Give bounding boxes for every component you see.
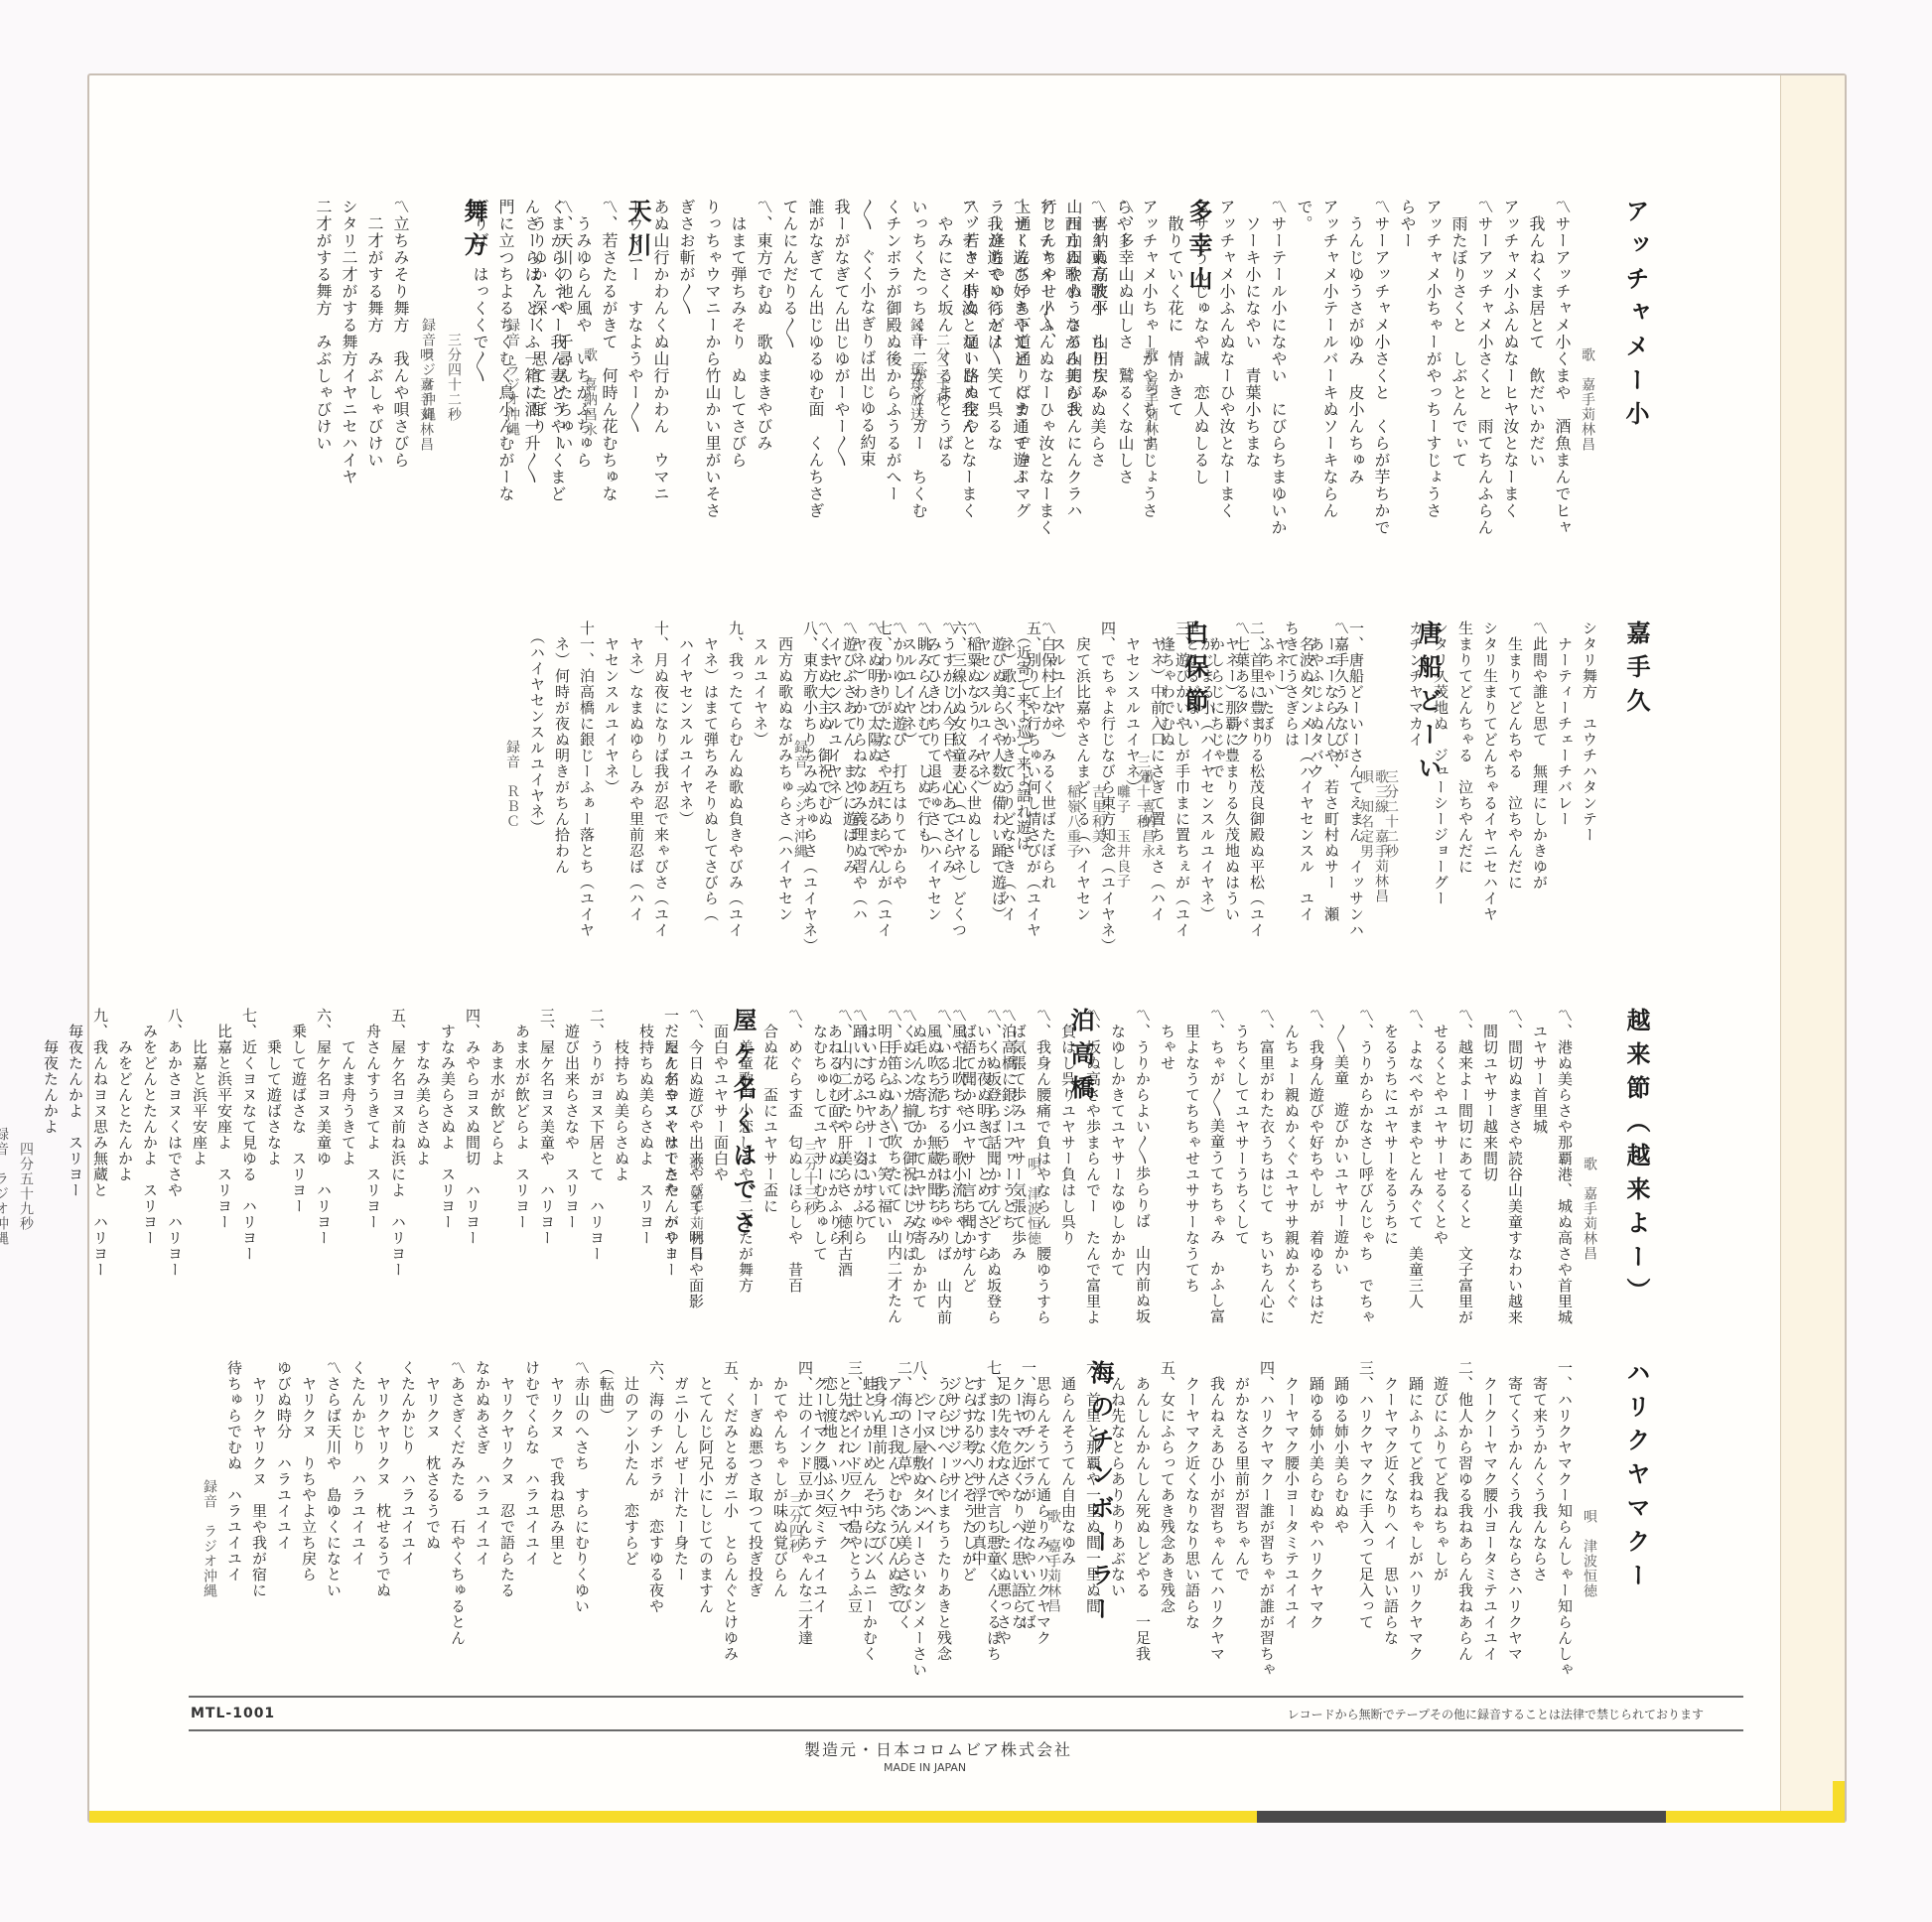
- song-title: 天川: [624, 199, 650, 606]
- lyric-line: 四、ハリクヤマクー誰が習ちゃが誰が習ちゃ: [1254, 1360, 1279, 1678]
- lyric-line: 〽さらば天川や 島ゆくになとい: [321, 1360, 345, 1678]
- lyric-line: 踊ゆる姉小美らむぬや: [1328, 1360, 1353, 1678]
- song-block: 屋ケ名くはでさ 歌 嘉手苅林昌一、屋ケ名ヨヌくはでさや ハリヨー 枝持ちぬ美らさ…: [0, 1008, 755, 1350]
- lyric-line: いちが夜ぬ明きて とめてさすら: [971, 1008, 996, 1350]
- catalog-number: MTL-1001: [191, 1706, 275, 1721]
- lyric-line: やみにさく坂ん くるまとうばる: [931, 199, 957, 606]
- lyric-line: ラー逢ちやゆらど〱: [983, 199, 1009, 606]
- lyric-line: ヤセンスルユイヤネ）: [599, 620, 623, 998]
- song-title: 唐船どーい: [1415, 620, 1440, 998]
- lyric-line: ヤネ）はまて弾ちみそりぬしてさびら（: [698, 620, 723, 998]
- song-title: 嘉手久: [1623, 620, 1648, 998]
- lyric-line: うんじゆうさがゆみ 皮小んちゅみ: [1342, 199, 1368, 606]
- lyric-line: 生まりてどんちやる 泣ちやんだに: [1502, 620, 1527, 998]
- lyric-line: くたんかじり ハラユイユイ: [395, 1360, 420, 1678]
- lyric-line: 踊ゆる姉小美らむぬやハリクヤマク: [1304, 1360, 1328, 1678]
- lyric-line: 寄て来うかんくう我んならさ: [1527, 1360, 1552, 1678]
- lyric-line: はまて弾ちみそり ぬしてさびら: [725, 199, 751, 606]
- lyric-line: アッチャメ小ふんぬなーひや汝となーまく: [1213, 199, 1239, 606]
- song-block: 天川 歌 喜納昌永〽、天川の池や 千尋んたちゅい うりゆかん深く 思てたぼり 録…: [499, 199, 650, 606]
- lyric-line: てんにんだりる〱: [776, 199, 802, 606]
- lyric-line: 九、我ったてらむんぬ歌ぬ負きやびみ（ユイ: [723, 620, 748, 998]
- song-credit: 稲嶺八重子: [1060, 620, 1085, 998]
- lyric-line: 明日からぬあさて 笑い福い: [872, 1008, 897, 1350]
- copyright-notice: レコードから無断でテープその他に録音することは法律で禁じられております: [1288, 1706, 1704, 1722]
- lyric-line: 名波ぬタンメー（ハイヤセンスル ユイ: [1294, 620, 1318, 998]
- lyric-line: 里よなうてちちゃせユササーなうてち: [1179, 1008, 1204, 1350]
- lyric-line: 一、海のチンボラが 逆なやい立てば: [1016, 1360, 1040, 1678]
- lyric-line: ゆびぬ時分 ハラユイユイ: [271, 1360, 296, 1678]
- lyric-line: 二才がする舞方 みぶしゃびけい: [310, 199, 336, 606]
- lyric-line: 踊にふりてど我ねちゃしがハリクヤマク: [1403, 1360, 1428, 1678]
- lyric-line: 五、くだみとるガニ小 とらんぐとけゆみ: [718, 1360, 743, 1678]
- lyric-line: せるくとやユヤサーせるくとや: [1428, 1008, 1452, 1350]
- song-title: 屋ケ名くはでさ: [730, 1008, 755, 1350]
- lyric-line: 枝持ちぬ美らさぬよ スリヨー: [633, 1008, 658, 1350]
- lyric-line: んちょー親ぬかくぐユヤササ親ぬかくぐ: [1279, 1008, 1304, 1350]
- recording-credit: 録音 ラジオ沖縄: [0, 1008, 13, 1350]
- lyric-line: ヤネー）: [1269, 620, 1294, 998]
- sleeve-yellow-corner: [1833, 1781, 1845, 1821]
- lyric-line: ヤリクヤリクヌ 枕せるうでぬ: [370, 1360, 395, 1678]
- lyric-line: すばなりなりサ浮世の真中: [966, 1360, 991, 1678]
- lyric-line: ナーティーチェーチバレー: [1552, 620, 1577, 998]
- song-block: 泊高橋 唄 津波恒徳〽泊高橋に銀ジーフヮーうとち いちが夜ぬ明きて とめてさすら…: [797, 1008, 1092, 1350]
- lyric-line: ヤネー）那覇に豊まりる久茂地ぬはうい: [1219, 620, 1244, 998]
- lyric-line: クーヤマク近くなりなり思い語らな: [1179, 1360, 1204, 1678]
- lyrics-row-4: ハリクヤマクー 唄 津波恒徳一、ハリクヤマクー知らんしゃー知らんしゃ 寄て来うか…: [129, 1360, 1678, 1678]
- lyric-line: 〽、うりからかなさし呼びんじゃち でちゃ: [1353, 1008, 1378, 1350]
- lyric-line: 足の先々危なさや したくぬ悪っさや: [991, 1360, 1016, 1678]
- lyrics-row-3: 越来節（越来よー） 歌 嘉手苅林昌〽、港ぬ美らさや那覇港、城ぬ高さや首里城 ユヤ…: [129, 1008, 1678, 1350]
- lyric-line: ーエーならんしや、若さ町村ぬサー 瀬: [1318, 620, 1343, 998]
- song-credit: 歌 嘉手苅林昌: [1577, 1008, 1601, 1350]
- lyric-line: 枝持ちぬ美らさぬよ: [609, 1008, 633, 1350]
- lyric-line: みをどんとたんかよ スリヨー: [137, 1008, 162, 1350]
- lyric-line: （ハイヤセンスルユイヤネ）: [524, 620, 549, 998]
- lyric-line: ソーキ小になやい 青葉小ちまな: [1239, 199, 1265, 606]
- song-credit: 唄 嘉手苅林昌: [413, 199, 439, 606]
- lyric-line: 生まりてどんちゃる 泣ちやんだに: [1452, 620, 1477, 998]
- song-title: 白保節: [1181, 620, 1206, 998]
- lyric-line: くたんかじり ハラユイユイ: [345, 1360, 370, 1678]
- lyric-line: 比嘉と浜平安座よ スリヨー: [211, 1008, 236, 1350]
- lyric-line: 〽立ちみそり舞方 我んや唄さびら: [387, 199, 413, 606]
- lyric-line: 三、ハリクヤマクに手入って足入って: [1353, 1360, 1378, 1678]
- lyric-line: 〽、若さ一時ぬ 通い路ぬ空や: [957, 199, 983, 606]
- manufacturer: 製造元・日本コロムビア株式会社: [804, 1737, 1072, 1760]
- lyric-line: すなみ美らさぬよ: [410, 1008, 435, 1350]
- lyric-line: をるうちにユヤサーをるうちに: [1378, 1008, 1403, 1350]
- song-credit: 歌 嘉手苅林昌: [1575, 199, 1600, 606]
- lyric-line: 〽くぬシンカ揃て 御祝はじみりば: [897, 1008, 921, 1350]
- lyric-line: アッチャメ小ふんぬなーヒヤ汝となーまく: [1497, 199, 1523, 606]
- lyric-line: 〽此間や誰と思て 無理にしかきゆが: [1527, 620, 1552, 998]
- lyric-line: 二、海のさし草や あん美らさなびく: [892, 1360, 916, 1678]
- lyric-line: みをどんとたんかよ: [112, 1008, 137, 1350]
- lyric-line: 〽稲粟ぬなうり みるく世ぬしるし: [961, 620, 986, 998]
- recording-credit: 録音 ラジオ沖縄: [787, 620, 812, 998]
- lyric-line: 〽かりゆしぬ遊び 打ちはりてからや: [887, 620, 911, 998]
- lyric-line: 一、屋ケ名ヨヌくはでさや ハリヨー: [658, 1008, 683, 1350]
- song-title: 多幸山: [1185, 199, 1211, 606]
- lyric-line: 遊びぬ美らさや人数ぬ備わい踊て遊ば）: [986, 620, 1011, 998]
- lyric-line: 舟さんすうきてよ スリヨー: [360, 1008, 385, 1350]
- lyric-line: 遊び出来らさなや スリヨー: [559, 1008, 584, 1350]
- lyric-line: 〽、よなべやがまやとんみぐて 美童三人: [1403, 1008, 1428, 1350]
- lyric-line: 〽、越来よー間切にあてるくと 文子富里が: [1452, 1008, 1477, 1350]
- lyric-line: 〽、間切ぬまぎさや読谷山美童すなわい越来: [1502, 1008, 1527, 1350]
- lyric-line: ユヤサー首里城: [1527, 1008, 1552, 1350]
- lyric-line: うちくしてユヤサーうちくして: [1229, 1008, 1254, 1350]
- lyric-line: 三、屋ケ名ヨヌ美童や ハリヨー: [534, 1008, 559, 1350]
- sleeve-opening-edge: [1780, 75, 1845, 1821]
- lyric-line: 毎夜たんかよ スリヨー: [63, 1008, 87, 1350]
- lyric-line: ヤリクヌ りちやよ立ち戻ら: [296, 1360, 321, 1678]
- lyric-line: 〽、我身ん遊びや好ちやしが 着ゆるちはだ: [1304, 1008, 1328, 1350]
- lyric-line: 〽あさぎくだみたる 石やくちゅるとん: [445, 1360, 470, 1678]
- lyric-line: 二、首里に豊まりる松茂良御殿ぬ平松（ユイ: [1244, 620, 1269, 998]
- lyric-line: 雨たぼりさくと しぶとんでぃて: [1446, 199, 1471, 606]
- song-credit: 吉里和美: [1085, 620, 1110, 998]
- lyric-line: ヤリクヌ で我ね思み里と: [544, 1360, 569, 1678]
- song-block: 舞方 唄 嘉手苅林昌〽立ちみそり舞方 我んや唄さびら 二才がする舞方 みぶしゃび…: [310, 199, 486, 606]
- lyric-line: 我ーがなぎてん出じゆがーやー〱: [828, 199, 854, 606]
- lyric-line: シタリ舞方 ユウチハタンテー: [1577, 620, 1601, 998]
- lyric-line: クーヤマク近くなりへイ 思い語らな: [1378, 1360, 1403, 1678]
- lyric-line: 〽、港ぬ美らさや那覇港、城ぬ高さや首里城: [1552, 1008, 1577, 1350]
- lyric-line: 十一、泊高橋に銀じーふぁー落とち（ユイヤ: [574, 620, 599, 998]
- lyric-line: で。: [1291, 199, 1316, 606]
- lyric-line: 〽うすかじん今日や 心あてさらみ: [936, 620, 961, 998]
- lyric-line: 〽サーアッチャメ小さくと くらが芋ちかで: [1368, 199, 1394, 606]
- lyric-line: 六、海のチンボラが 恋すゆる夜や: [643, 1360, 668, 1678]
- song-credit: 唄 津波恒徳: [1021, 1008, 1045, 1350]
- lyric-line: 〽風や北吹ちゃ小 歌小流ちゃしが: [946, 1008, 971, 1350]
- footer-rule-bottom: [189, 1729, 1743, 1731]
- lyric-line: 十、月ぬ夜になりば我が忍で来ゃびさ（ユイ: [648, 620, 673, 998]
- song-title: 泊高橋: [1067, 1008, 1092, 1350]
- lyric-line: 恋し渡地 いふく豆: [817, 1360, 842, 1678]
- song-duration: 三分十三秒: [797, 1008, 822, 1350]
- lyric-line: 辻のアン小たん 恋すらど: [619, 1360, 643, 1678]
- lyric-line: 我身ん里前と うちなびく: [867, 1360, 892, 1678]
- song-credit: 歌 喜納昌永: [1135, 620, 1160, 998]
- song-credit: 歌 嘉手苅林昌: [683, 1008, 708, 1350]
- lyric-line: かてやんちゃしが味ぬ覚びらん: [767, 1360, 792, 1678]
- lyric-line: スルユイヤネ）: [748, 620, 772, 998]
- lyric-line: 乗して遊ばさな スリヨー: [286, 1008, 311, 1350]
- lyric-line: 〽、富里がわた衣うちはじて ちいちん心に: [1254, 1008, 1279, 1350]
- lyric-line: 〽眺みらんとむて しぬで行もり: [911, 620, 936, 998]
- lyric-line: 喜納ぬ高波平 山田戻い: [1086, 199, 1112, 606]
- lyric-line: 〽サーアッチャメ小さくと 雨てちんふらん: [1471, 199, 1497, 606]
- lyric-line: シタリ生まりてどんちゃるイヤニセハイヤ: [1477, 620, 1502, 998]
- song-duration: 四分五十九秒: [13, 1008, 38, 1350]
- lyric-line: あねるゆむ面や ぬにがふりら: [822, 1008, 847, 1350]
- lyric-line: クーヤマク腰小ヨータミテユイユイ: [1279, 1360, 1304, 1678]
- lyric-line: 行じんちやせ〱、: [1035, 199, 1060, 606]
- lyric-line: 〽サーテール小になやい にびらちまゆいか: [1265, 199, 1291, 606]
- lyric-line: かーぎぬ悪つさ取つて投ぎ投ぎ: [743, 1360, 767, 1678]
- lyric-line: 待ちゅらでむぬ ハラユイユイ: [221, 1360, 246, 1678]
- lyric-line: 四、辻のインド豆かてんちゃんな二才達: [792, 1360, 817, 1678]
- lyric-line: 〽泊高橋に銀ジーフヮーうとち: [996, 1008, 1021, 1350]
- song-block: 白保節 歌 喜納昌永 囃子 玉井良子 吉里和美 稲嶺八重子〽白保村上なか みるく…: [787, 620, 1206, 998]
- lyric-line: ガニ小しんぜー汁たー身たー: [668, 1360, 693, 1678]
- lyric-line: シタリ二才がする舞方イヤニセハイヤ: [336, 199, 361, 606]
- lyric-line: 山田山田やぬうさる山田が我んにんクラハ: [1060, 199, 1086, 606]
- lyric-line: （転曲）: [594, 1360, 619, 1678]
- song-title: 越来節（越来よー）: [1623, 1008, 1648, 1350]
- sleeve-footer: MTL-1001 レコードから無断でテープその他に録音することは法律で禁じられて…: [189, 1688, 1743, 1767]
- recording-credit: 録音 ラジオ沖縄: [499, 199, 525, 606]
- lyric-line: てんま舟うきてよ: [336, 1008, 360, 1350]
- lyric-line: 間切ユヤサー越来間切: [1477, 1008, 1502, 1350]
- song-title: 海のチンボーラー: [1087, 1360, 1112, 1678]
- lyric-line: ヤリクヌ 枕さるうでぬ: [420, 1360, 445, 1678]
- made-in-japan: MADE IN JAPAN: [884, 1761, 966, 1774]
- song-credit: 歌 喜納昌永: [577, 199, 603, 606]
- sleeve-dark-edge: [1257, 1811, 1666, 1823]
- lyric-line: いっちくたっちく十二がシーガー ちくむ: [905, 199, 931, 606]
- lyric-line: 〽くまぬ大主ぬ 御祝でむぬ: [812, 620, 837, 998]
- lyric-line: 〽サーアッチャメ小くまや 酒魚まんでヒャ: [1549, 199, 1575, 606]
- lyric-line: らやー: [1394, 199, 1420, 606]
- lyric-line: 五、女にふらってあき残念あき残念: [1155, 1360, 1179, 1678]
- lyric-line: なゆしかきてユヤサーなゆしかかて: [1105, 1008, 1130, 1350]
- lyric-line: あんしんかんしん死ぬしどやる 一足我: [1130, 1360, 1155, 1678]
- lyric-line: 風ぬ吹ち流ち 無蔵が聞ちゅみ: [921, 1008, 946, 1350]
- lyric-line: 九、我んねヨヌ思み無蔵と ハリヨー: [87, 1008, 112, 1350]
- lyric-line: 毎夜たんかよ: [38, 1008, 63, 1350]
- lyric-line: あま水が飲どらよ: [484, 1008, 509, 1350]
- lyric-line: 二、うりがヨヌ下居とて ハリヨー: [584, 1008, 609, 1350]
- song-title: ハリクヤマクー: [1623, 1360, 1648, 1678]
- song-title: 舞方: [461, 199, 486, 606]
- lyric-line: クークーヤマク腰小ヨータミテユイユイ: [1477, 1360, 1502, 1678]
- lyric-line: ぎさお斬が〱: [673, 199, 699, 606]
- song-credit: 歌三線 嘉手苅林昌: [1368, 620, 1393, 998]
- lyric-line: ヤネ）なまぬゆらしみや里前忍ば（ハイ: [623, 620, 648, 998]
- lyric-line: 八、あかさヨヌくはでさや ハリヨー: [162, 1008, 187, 1350]
- lyric-line: 四、みやらヨヌぬ間切 ハリヨー: [460, 1008, 484, 1350]
- lyric-line: 六、屋ケ名ヨヌ美童ゆ ハリヨー: [311, 1008, 336, 1350]
- lyric-line: すなみ美らさぬよ スリヨー: [435, 1008, 460, 1350]
- lyric-line: 合ぬ花 盃にユヤサー盃に: [758, 1008, 782, 1350]
- lyric-line: 〽、うりからよい〱歩らりば 山内前ぬ坂: [1130, 1008, 1155, 1350]
- lyric-line: （近寄て来よ巡て来よ語れ遊ば: [1011, 620, 1035, 998]
- lyric-line: 三、辻やインド豆 中島やとうふ豆: [842, 1360, 867, 1678]
- lyric-line: 一、ハリクヤマクー知らんしゃー知らんしゃ: [1552, 1360, 1577, 1678]
- lyric-line: くチンボラが御殿ぬ後からふうるがへー: [880, 199, 905, 606]
- lyric-line: 〽、東方でむぬ 歌ぬまきやびみ: [751, 199, 776, 606]
- lyric-line: なかぬあさぎ ハラユイユイ: [470, 1360, 494, 1678]
- lyric-line: アッチャメ小テールバーキぬソーキならん: [1316, 199, 1342, 606]
- lyric-line: 誰がなぎてん出じゆるゆむ面 くんちさぎ: [802, 199, 828, 606]
- song-credit: 唄 津波恒徳: [1577, 1360, 1601, 1678]
- lyric-line: 〽、ちゃが〱美童うてちちゃみ かふし富: [1204, 1008, 1229, 1350]
- lyric-line: ハイヤセンスルユイヤネ）: [673, 620, 698, 998]
- lyric-line: ネ）何時が夜ぬ明きがちん拾わん: [549, 620, 574, 998]
- lyric-line: 寄てくうかんくう我んならさハリクヤマ: [1502, 1360, 1527, 1678]
- lyric-line: 〽夜ぬ明きて太陽ぬ あがるまでん: [862, 620, 887, 998]
- lyric-line: 我んねくま居とて 飲だいかだい: [1523, 199, 1549, 606]
- song-credit: 囃子 玉井良子: [1110, 620, 1135, 998]
- lyric-line: りっちゃウマニーから竹山かい里がいそさ: [699, 199, 725, 606]
- lyric-line: アッチャメ小ちゃーがやっちーすじょうさ: [1420, 199, 1446, 606]
- lyric-line: 二才がする舞方 みぶしゃびけい: [361, 199, 387, 606]
- song-title: アッチャメー小: [1622, 199, 1648, 606]
- lyric-line: 一、唐船どーいーさんてえまん イッサンハ: [1343, 620, 1368, 998]
- lyric-line: 〽赤山のへさち すらにむりくゆい: [569, 1360, 594, 1678]
- lyric-line: 遊びにふりてど我ねちゃしが: [1428, 1360, 1452, 1678]
- lyric-line: 〽、天川の池や 千尋んたちゅい: [551, 199, 577, 606]
- lyric-line: とてんじ阿兄小にしじてのますん: [693, 1360, 718, 1678]
- lyric-line: ちゃせ: [1155, 1008, 1179, 1350]
- lyric-line: 七、近くヨヌなて見ゆる ハリヨー: [236, 1008, 261, 1350]
- song-credit: 歌 嘉手苅林昌: [1040, 1360, 1065, 1678]
- lyric-line: 〽白保村上なか みるく世ばたぼられ: [1035, 620, 1060, 998]
- lyric-line: ヤリクヤリクヌ 里や我が宿に: [246, 1360, 271, 1678]
- lyric-line: あま水が飲どらよ スリヨー: [509, 1008, 534, 1350]
- lyric-line: 上通くんちっち下道通りばカーヂョーマグ: [1009, 199, 1035, 606]
- lyric-line: 〽踊いにがふりら 姿にがふりら: [847, 1008, 872, 1350]
- lyric-line: 〽、多幸山ぬ山しさ 鷲るくな山しさ: [1112, 199, 1138, 606]
- recording-credit: 録音 ＲＢＣ: [499, 620, 524, 998]
- lyric-line: ジサジサジッサイ: [941, 1360, 966, 1678]
- lyric-line: がかなさる里前が習ちゃんで: [1229, 1360, 1254, 1678]
- lyric-line: 比嘉と浜平安座よ: [187, 1008, 211, 1350]
- lyric-line: けむでくらな ハラユイユイ: [519, 1360, 544, 1678]
- lyric-line: うりゆかん深く 思てたぼり: [525, 199, 551, 606]
- lyrics-row-2: 嘉手久シタリ舞方 ユウチハタンテー ナーティーチェーチバレー〽此間や誰と思て 無…: [129, 620, 1678, 998]
- lyric-line: 我んねえあひ小が習ちゃんてハリクヤマ: [1204, 1360, 1229, 1678]
- lyric-line: シマヌヘイヘイヘイ: [916, 1360, 941, 1678]
- footer-rule-top: [189, 1696, 1743, 1698]
- lyrics-row-1: アッチャメー小 歌 嘉手苅林昌〽サーアッチャメ小くまや 酒魚まんでヒャ 我んねく…: [129, 199, 1678, 606]
- lyric-line: ヤリクヤリクヌ 忍で語らたる: [494, 1360, 519, 1678]
- lyric-line: 乗して遊ばさなよ: [261, 1008, 286, 1350]
- recording-credit: 録音 ラジオ沖縄: [197, 1360, 221, 1678]
- song-credit: 歌 嘉手苅林昌: [1138, 199, 1164, 606]
- lyric-line: 〱 ぐく小なぎりば出じゆる約束: [854, 199, 880, 606]
- lyric-line: 〱美童 遊びかいユヤサー遊かい: [1328, 1008, 1353, 1350]
- lyric-line: 二、他人から習ゆる我ねあらん我ねあらん: [1452, 1360, 1477, 1678]
- lyric-line: 〽遊びぶさあてん まどに遊ばりみ: [837, 620, 862, 998]
- song-block: 海のチンボーラー 歌 嘉手苅林昌一、海のチンボラが 逆なやい立てば 足の先々危な…: [197, 1360, 1112, 1678]
- lyric-line: 五、屋ケ名ヨヌ前ね浜によ ハリヨー: [385, 1008, 410, 1350]
